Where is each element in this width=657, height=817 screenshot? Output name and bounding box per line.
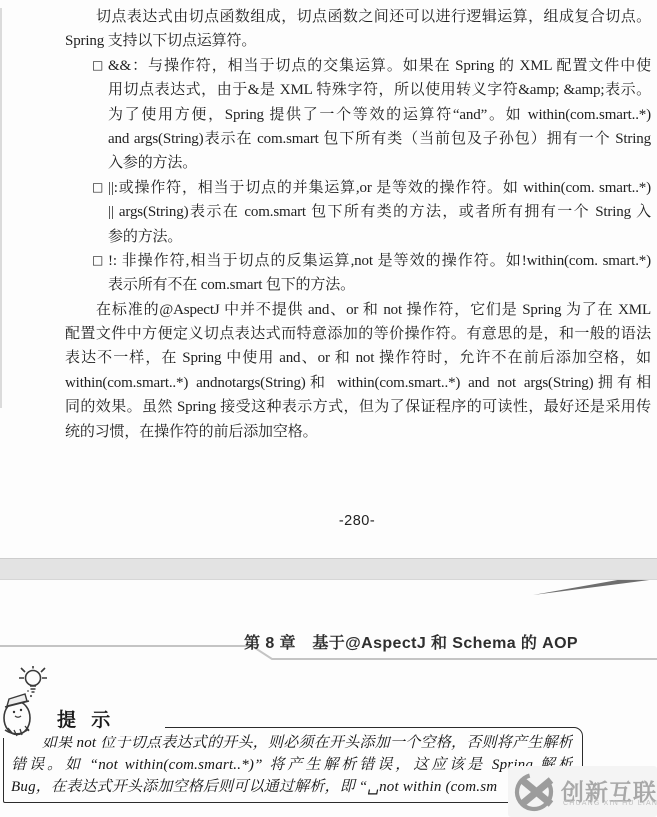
text-line-content: 配置文件中方便定义切点表达式而特意添加的等价操作符。有意思的是，和一般的语法 (65, 326, 651, 342)
text-line-content: 切点表达式由切点函数组成，切点函数之间还可以进行逻辑运算，组成复合切点。 (96, 9, 651, 25)
lightbulb-icon (19, 666, 47, 692)
text-line: □参的方法。 (65, 225, 651, 249)
text-line-content: || args(String)表示在 com.smart 包下所有类的方法，或者… (108, 204, 651, 220)
text-line: □切点表达式由切点函数组成，切点函数之间还可以进行逻辑运算，组成复合切点。 (65, 5, 651, 29)
text-line-content: and args(String)表示在 com.smart 包下所有类（当前包及… (108, 131, 651, 147)
text-line: □表达不一样，在 Spring 中使用 and、or 和 not 操作符时，允许… (65, 346, 651, 370)
text-line: □统的习惯，在操作符的前后添加空格。 (65, 420, 651, 444)
tip-line: Bug，在表达式开头添加空格后则可以通过解析，即 “␣not within (c… (11, 776, 573, 798)
text-line: □入参的方法。 (65, 151, 651, 175)
text-line: □|| args(String)表示在 com.smart 包下所有类的方法，或… (65, 200, 651, 224)
page-gap-divider (0, 558, 657, 580)
text-line-content: 用切点表达式，由于&是 XML 特殊字符，所以使用转义字符&amp; &amp;… (108, 82, 651, 98)
text-line-content: !: 非操作符,相当于切点的反集运算,not 是等效的操作符。如!within(… (108, 253, 651, 269)
text-line: □!: 非操作符,相当于切点的反集运算,not 是等效的操作符。如!within… (65, 249, 651, 273)
tip-line: 错误。如 “not within(com.smart..*)” 将产生解析错误，… (11, 754, 573, 776)
text-line-content: 同的效果。虽然 Spring 接受这种表示方式，但为了保证程序的可读性，最好还是… (65, 399, 651, 415)
text-line-content: 在标准的@AspectJ 中并不提供 and、or 和 not 操作符，它们是 … (96, 302, 651, 318)
text-line-content: Spring 支持以下切点运算符。 (65, 33, 256, 49)
text-line-content: 表达不一样，在 Spring 中使用 and、or 和 not 操作符时，允许不… (65, 350, 651, 366)
book-page-next: 第 8 章 基于@AspectJ 和 Schema 的 AOP 如果 not 位… (0, 580, 657, 817)
tip-line-content: Bug，在表达式开头添加空格后则可以通过解析，即 “␣not within (c… (11, 779, 497, 795)
text-line-content: 为了使用方便，Spring 提供了一个等效的运算符“and”。如 within(… (108, 107, 651, 123)
text-line: □在标准的@AspectJ 中并不提供 and、or 和 not 操作符，它们是… (65, 298, 651, 322)
text-line: □表示所有不在 com.smart 包下的方法。 (65, 273, 651, 297)
text-line: □Spring 支持以下切点运算符。 (65, 29, 651, 53)
bullet-square-icon: □ (92, 176, 108, 199)
tip-text: 如果 not 位于切点表达式的开头，则必须在开头添加一个空格，否则将产生解析错误… (11, 732, 573, 798)
bullet-square-icon: □ (92, 249, 108, 272)
text-line: □用切点表达式，由于&是 XML 特殊字符，所以使用转义字符&amp; &amp… (65, 78, 651, 102)
page-number: -280- (322, 513, 392, 529)
tip-label: 提 示 (57, 705, 115, 732)
tip-line-content: 错误。如 “not within(com.smart..*)” 将产生解析错误，… (11, 757, 573, 773)
scan-edge-artifact (0, 8, 2, 408)
text-line-content: &&：与操作符，相当于切点的交集运算。如果在 Spring 的 XML 配置文件… (108, 58, 651, 74)
bullet-square-icon: □ (92, 54, 108, 77)
book-page-280: □切点表达式由切点函数组成，切点函数之间还可以进行逻辑运算，组成复合切点。□Sp… (0, 0, 657, 558)
text-line: □为了使用方便，Spring 提供了一个等效的运算符“and”。如 within… (65, 103, 651, 127)
brand-logo-icon (510, 767, 560, 817)
text-line: □and args(String)表示在 com.smart 包下所有类（当前包… (65, 127, 651, 151)
chapter-header: 第 8 章 基于@AspectJ 和 Schema 的 AOP (244, 630, 578, 653)
page-curl-line (533, 580, 657, 595)
tip-label-wrap: 提 示 (45, 700, 165, 736)
text-line-content: 表示所有不在 com.smart 包下的方法。 (108, 277, 355, 293)
text-line: □||:或操作符，相当于切点的并集运算,or 是等效的操作符。如 within(… (65, 176, 651, 200)
text-line: □within(com.smart..*) andnotargs(String)… (65, 371, 651, 395)
text-line: □同的效果。虽然 Spring 接受这种表示方式，但为了保证程序的可读性，最好还… (65, 395, 651, 419)
text-line-content: 统的习惯，在操作符的前后添加空格。 (65, 424, 317, 440)
mascot-figure (4, 690, 32, 736)
watermark-subtext: CHUANG XIN HU LIAN (563, 800, 657, 807)
text-line-content: 参的方法。 (108, 229, 182, 245)
watermark: 创新互联 CHUANG XIN HU LIAN (508, 766, 657, 817)
body-text: □切点表达式由切点函数组成，切点函数之间还可以进行逻辑运算，组成复合切点。□Sp… (65, 5, 651, 444)
tip-line-content: 如果 not 位于切点表达式的开头，则必须在开头添加一个空格，否则将产生解析 (42, 735, 573, 751)
text-line: □配置文件中方便定义切点表达式而特意添加的等价操作符。有意思的是，和一般的语法 (65, 322, 651, 346)
text-line: □&&：与操作符，相当于切点的交集运算。如果在 Spring 的 XML 配置文… (65, 54, 651, 78)
text-line-content: within(com.smart..*) andnotargs(String)和… (65, 375, 651, 391)
text-line-content: ||:或操作符，相当于切点的并集运算,or 是等效的操作符。如 within(c… (108, 180, 651, 196)
text-line-content: 入参的方法。 (108, 155, 197, 171)
scanned-book-screenshot: □切点表达式由切点函数组成，切点函数之间还可以进行逻辑运算，组成复合切点。□Sp… (0, 0, 657, 817)
